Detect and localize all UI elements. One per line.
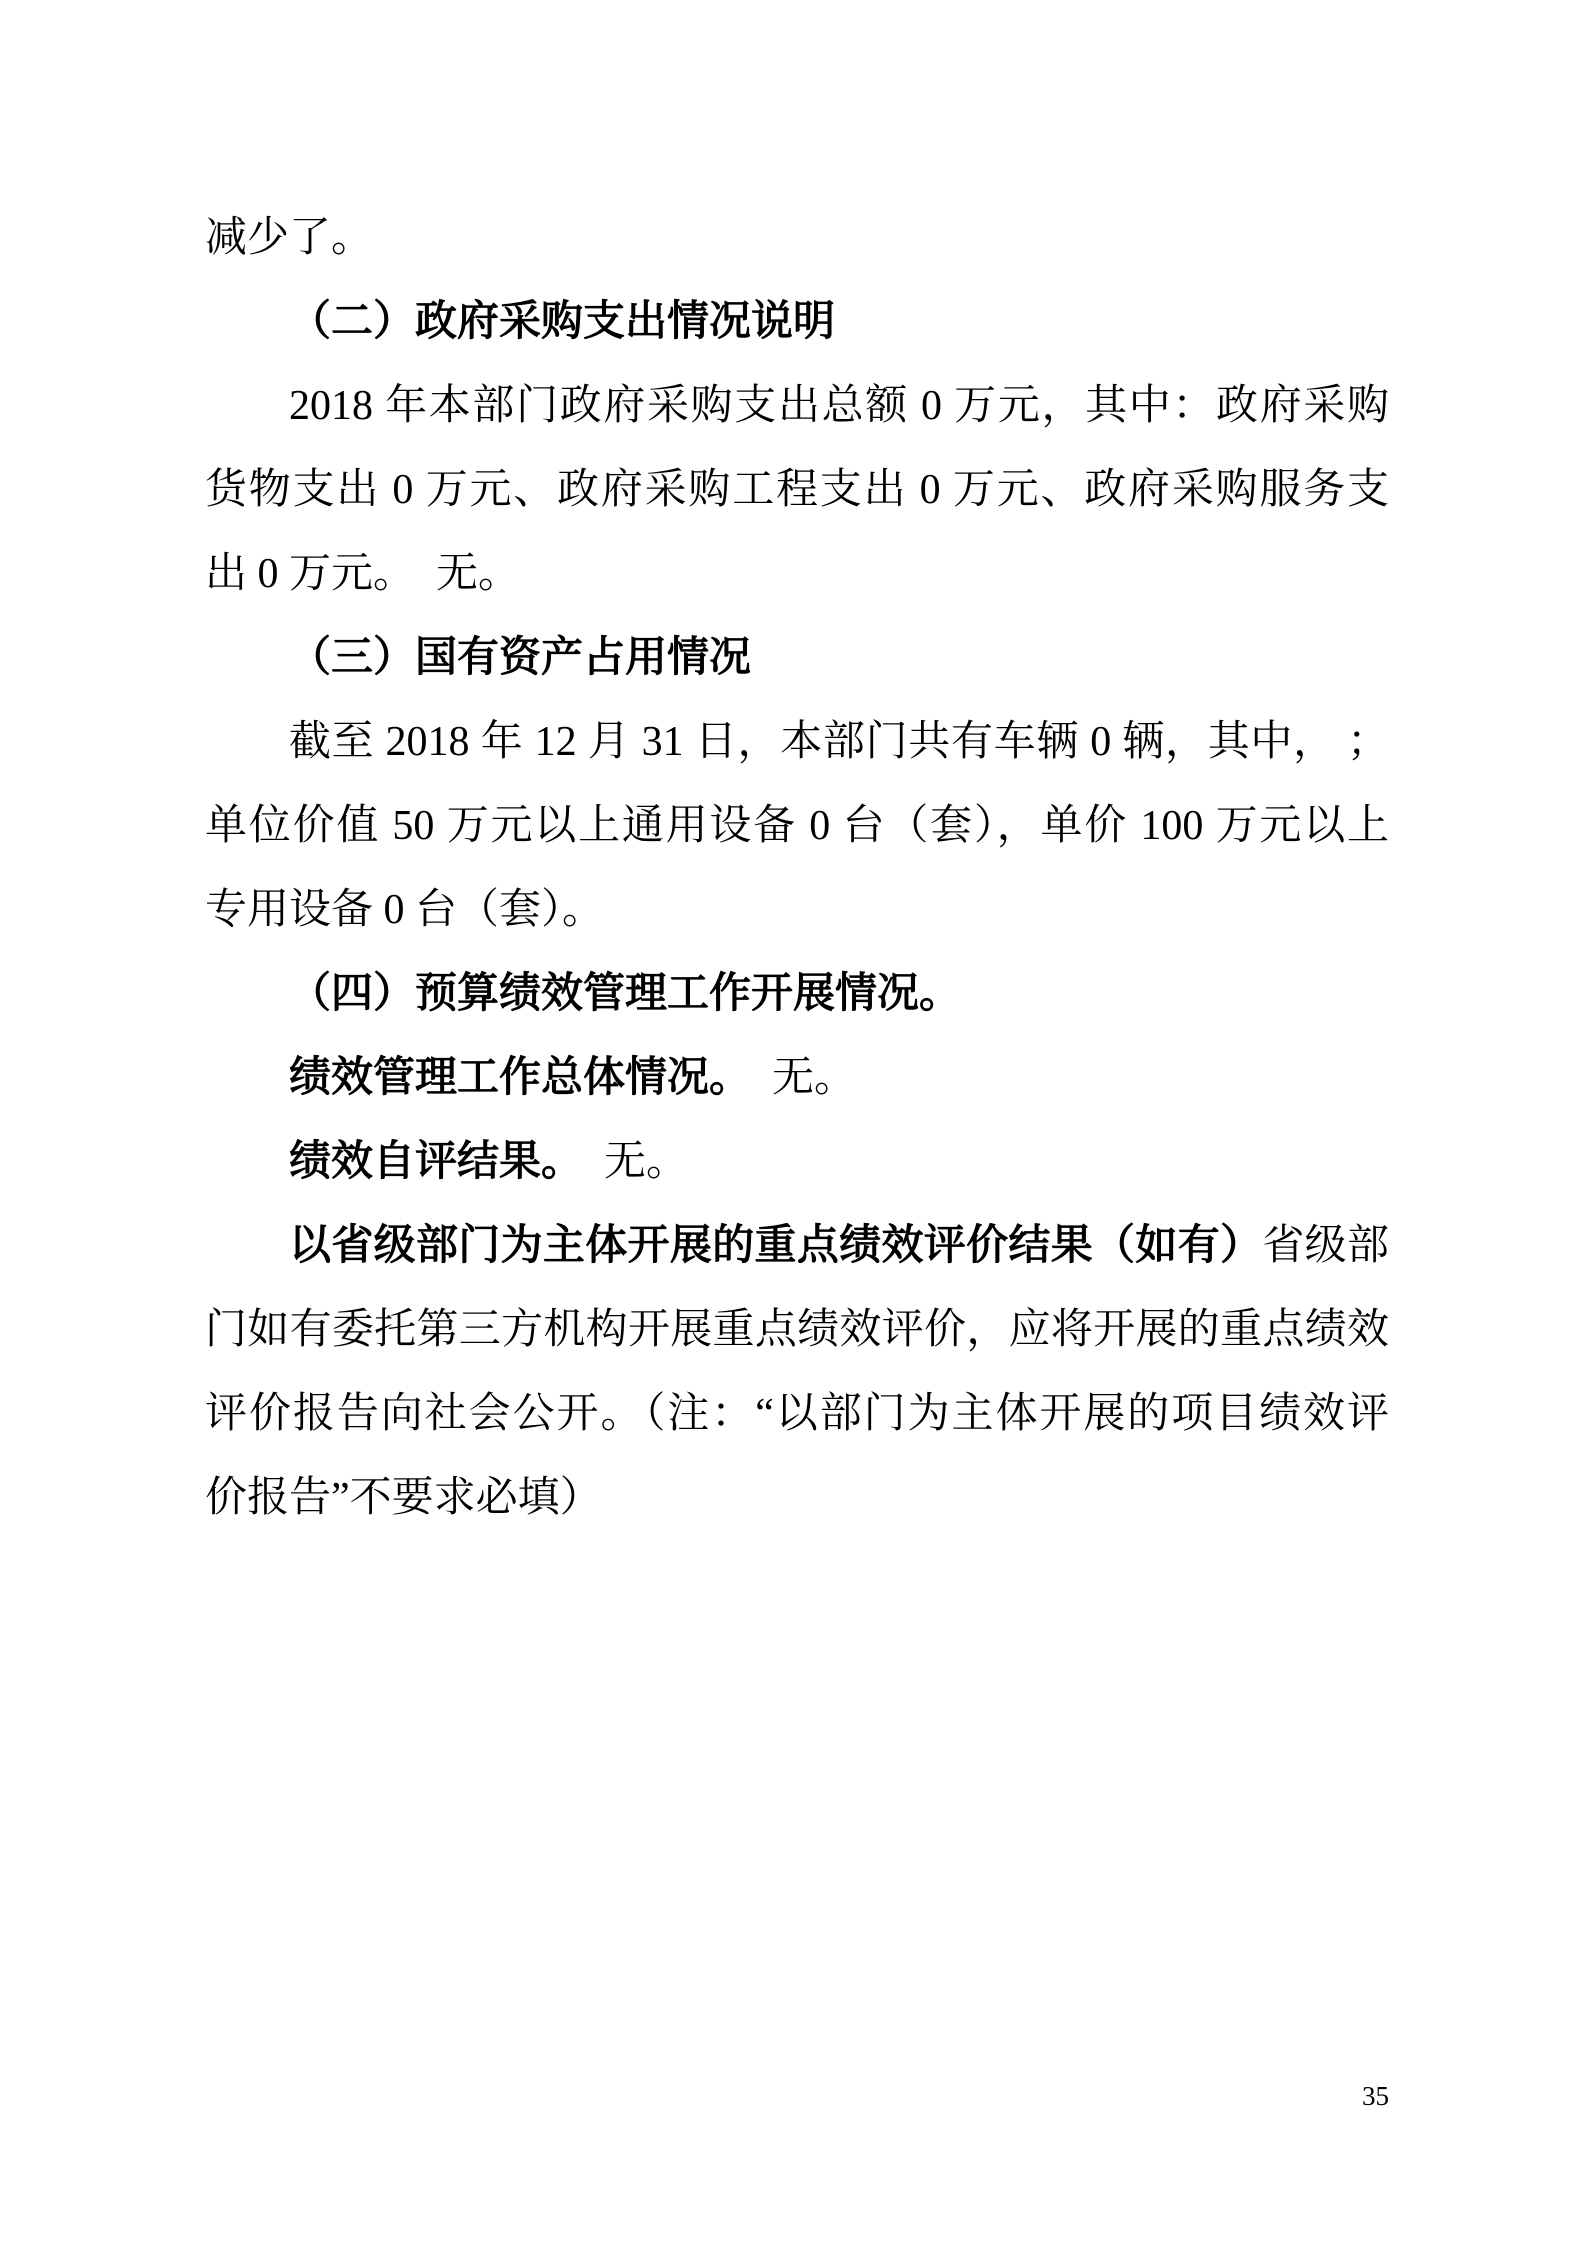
document-line-15: 评价报告向社会公开。（注：“以部门为主体开展的项目绩效评 [205,1372,1389,1456]
document-line-5: 出 0 万元。 无。 [205,532,1389,616]
document-line-6: （三）国有资产占用情况 [205,616,1389,700]
document-line-13: 以省级部门为主体开展的重点绩效评价结果（如有）省级部 [205,1204,1389,1288]
text-segment: 货物支出 0 万元、政府采购工程支出 0 万元、政府采购服务支 [205,467,1389,513]
text-segment: 门如有委托第三方机构开展重点绩效评价，应将开展的重点绩效 [205,1307,1389,1353]
document-content: 减少了。（二）政府采购支出情况说明2018 年本部门政府采购支出总额 0 万元，… [205,196,1389,1540]
document-line-2: （二）政府采购支出情况说明 [205,280,1389,364]
text-segment: 评价报告向社会公开。（注：“以部门为主体开展的项目绩效评 [205,1391,1389,1437]
text-segment: 无。 [730,1055,856,1101]
text-segment-bold: 以省级部门为主体开展的重点绩效评价结果（如有） [289,1223,1262,1269]
document-line-12: 绩效自评结果。 无。 [205,1120,1389,1204]
text-segment: 无。 [562,1139,688,1185]
text-segment: 价报告”不要求必填） [205,1475,602,1521]
document-line-14: 门如有委托第三方机构开展重点绩效评价，应将开展的重点绩效 [205,1288,1389,1372]
text-segment: 2018 年本部门政府采购支出总额 0 万元，其中：政府采购 [289,383,1389,429]
document-line-16: 价报告”不要求必填） [205,1456,1389,1540]
text-segment-bold: （二）政府采购支出情况说明 [289,299,835,345]
document-line-3: 2018 年本部门政府采购支出总额 0 万元，其中：政府采购 [205,364,1389,448]
document-line-4: 货物支出 0 万元、政府采购工程支出 0 万元、政府采购服务支 [205,448,1389,532]
text-segment: 单位价值 50 万元以上通用设备 0 台（套），单价 100 万元以上 [205,803,1389,849]
text-segment: 减少了。 [205,215,373,261]
text-segment-bold: （四）预算绩效管理工作开展情况。 [289,971,961,1017]
document-line-8: 单位价值 50 万元以上通用设备 0 台（套），单价 100 万元以上 [205,784,1389,868]
text-segment: 省级部 [1262,1223,1389,1269]
text-segment-bold: （三）国有资产占用情况 [289,635,751,681]
document-line-10: （四）预算绩效管理工作开展情况。 [205,952,1389,1036]
text-segment-bold: 绩效自评结果。 [289,1139,562,1185]
page-number: 35 [205,2080,1389,2112]
document-line-1: 减少了。 [205,196,1389,280]
text-segment: 专用设备 0 台（套）。 [205,887,604,933]
document-line-9: 专用设备 0 台（套）。 [205,868,1389,952]
document-page: 减少了。（二）政府采购支出情况说明2018 年本部门政府采购支出总额 0 万元，… [0,0,1587,2245]
text-segment-bold: 绩效管理工作总体情况。 [289,1055,730,1101]
document-line-7: 截至 2018 年 12 月 31 日，本部门共有车辆 0 辆，其中， ； [205,700,1389,784]
text-segment: 出 0 万元。 无。 [205,551,520,597]
document-line-11: 绩效管理工作总体情况。 无。 [205,1036,1389,1120]
text-segment: 截至 2018 年 12 月 31 日，本部门共有车辆 0 辆，其中， ； [289,719,1389,765]
